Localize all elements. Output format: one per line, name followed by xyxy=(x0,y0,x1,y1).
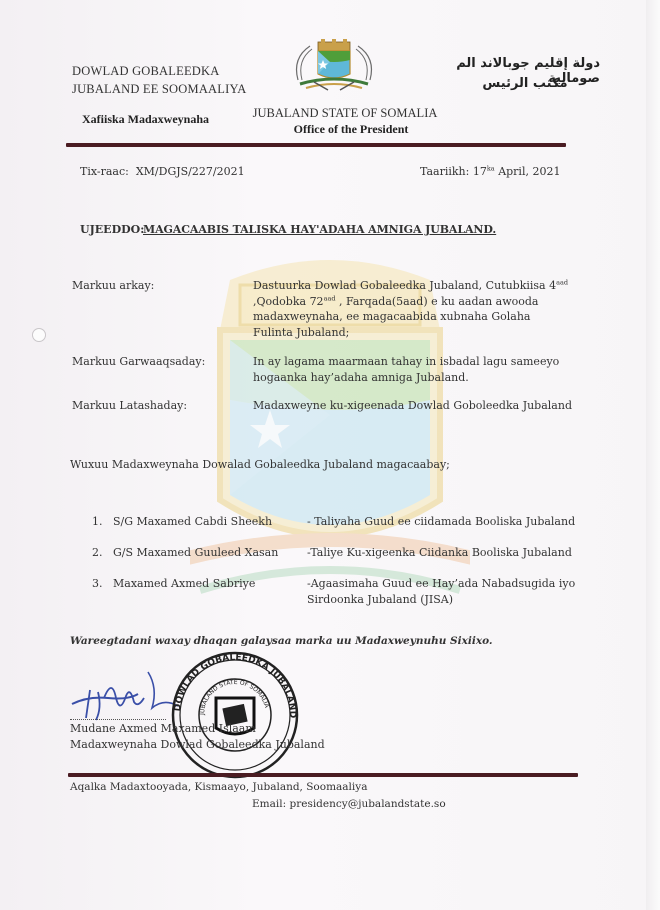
subject-text: MAGACAABIS TALISKA HAY'ADAHA AMNIGA JUBA… xyxy=(143,222,496,238)
appointee-role: -Agaasimaha Guud ee Hay’ada Nabadsugida … xyxy=(307,576,597,607)
header-left: DOWLAD GOBALEEDKA JUBALAND EE SOOMAALIYA xyxy=(72,62,247,98)
appointee-number: 3. xyxy=(92,576,103,592)
header-divider xyxy=(66,143,566,147)
appointee-role: - Taliyaha Guud ee ciidamada Booliska Ju… xyxy=(307,514,597,530)
reference-label: Tix-raac: xyxy=(80,165,129,178)
signer-name: Mudane Axmed Maxamed Islaam xyxy=(70,721,256,737)
page-edge xyxy=(646,0,660,910)
header-center-title: JUBALAND STATE OF SOMALIA xyxy=(250,106,440,121)
clause-value-latashaday: Madaxweyne ku-xigeenada Dowlad Goboleedk… xyxy=(253,398,593,414)
clause-value-garwaaqsaday: In ay lagama maarmaan tahay in isbadal l… xyxy=(253,354,593,385)
date-label: Taariikh: xyxy=(420,165,469,178)
clause-line: Dastuurka Dowlad Gobaleedka Jubaland, Cu… xyxy=(253,278,593,294)
header-right-arabic-office: مكتب الرئيس xyxy=(470,76,580,91)
clause-label-arkay: Markuu arkay: xyxy=(72,278,154,294)
reference-value: XM/DGJS/227/2021 xyxy=(136,165,245,178)
email-link[interactable]: presidency@jubalandstate.so xyxy=(289,798,445,810)
date-day: 17 xyxy=(473,165,487,178)
appointment-intro: Wuxuu Madaxweynaha Dowalad Gobaleedka Ju… xyxy=(70,457,450,473)
appointee-number: 2. xyxy=(92,545,103,561)
header-center-office: Office of the President xyxy=(256,122,446,137)
clause-value-arkay: Dastuurka Dowlad Gobaleedka Jubaland, Cu… xyxy=(253,278,593,340)
footer-address: Aqalka Madaxtooyada, Kismaayo, Jubaland,… xyxy=(70,780,367,796)
header-left-line-1: DOWLAD GOBALEEDKA xyxy=(72,62,247,80)
clause-label-garwaaqsaday: Markuu Garwaaqsaday: xyxy=(72,354,205,370)
official-stamp-icon: DOWLAD GOBALEEDKA JUBALAND EE SOOMAALIYA… xyxy=(160,650,310,780)
clause-line: In ay lagama maarmaan tahay in isbadal l… xyxy=(253,354,593,370)
signer-title: Madaxweynaha Dowlad Gobaleedka Jubaland xyxy=(70,737,325,753)
signature-line xyxy=(70,719,166,720)
office-somali: Xafiiska Madaxweynaha xyxy=(82,112,209,127)
date-rest: April, 2021 xyxy=(498,165,560,178)
clause-line: madaxweynaha, ee magacaabida xubnaha Gol… xyxy=(253,309,593,325)
appointee-name: S/G Maxamed Cabdi Sheekh xyxy=(113,514,272,530)
clause-line: Madaxweyne ku-xigeenada Dowlad Goboleedk… xyxy=(253,398,593,414)
clause-line: Fulinta Jubaland; xyxy=(253,325,593,341)
clause-label-latashaday: Markuu Latashaday: xyxy=(72,398,187,414)
footer-divider xyxy=(68,773,578,777)
date: Taariikh: 17ka April, 2021 xyxy=(420,164,560,180)
punch-hole xyxy=(32,328,46,342)
appointee-name: G/S Maxamed Guuleed Xasan xyxy=(113,545,278,561)
coat-of-arms-icon xyxy=(288,38,380,100)
letter-page: DOWLAD GOBALEEDKA JUBALAND EE SOOMAALIYA… xyxy=(0,0,660,910)
reference-number: Tix-raac: XM/DGJS/227/2021 xyxy=(80,164,245,180)
clause-line: hogaanka hay’adaha amniga Jubaland. xyxy=(253,370,593,386)
footer-email: Email: presidency@jubalandstate.so xyxy=(252,797,446,813)
clause-line: ,Qodobka 72aad , Farqada(5aad) e ku aada… xyxy=(253,294,593,310)
closing-note: Wareegtadani waxay dhaqan galaysaa marka… xyxy=(70,634,493,650)
email-label: Email: xyxy=(252,798,286,810)
appointee-name: Maxamed Axmed Sabriye xyxy=(113,576,255,592)
header-left-line-2: JUBALAND EE SOOMAALIYA xyxy=(72,80,247,98)
appointee-role: -Taliye Ku-xigeenka Ciidanka Booliska Ju… xyxy=(307,545,597,561)
date-suffix: ka xyxy=(487,164,495,172)
appointee-number: 1. xyxy=(92,514,103,530)
subject-label: UJEEDDO: xyxy=(80,222,144,238)
